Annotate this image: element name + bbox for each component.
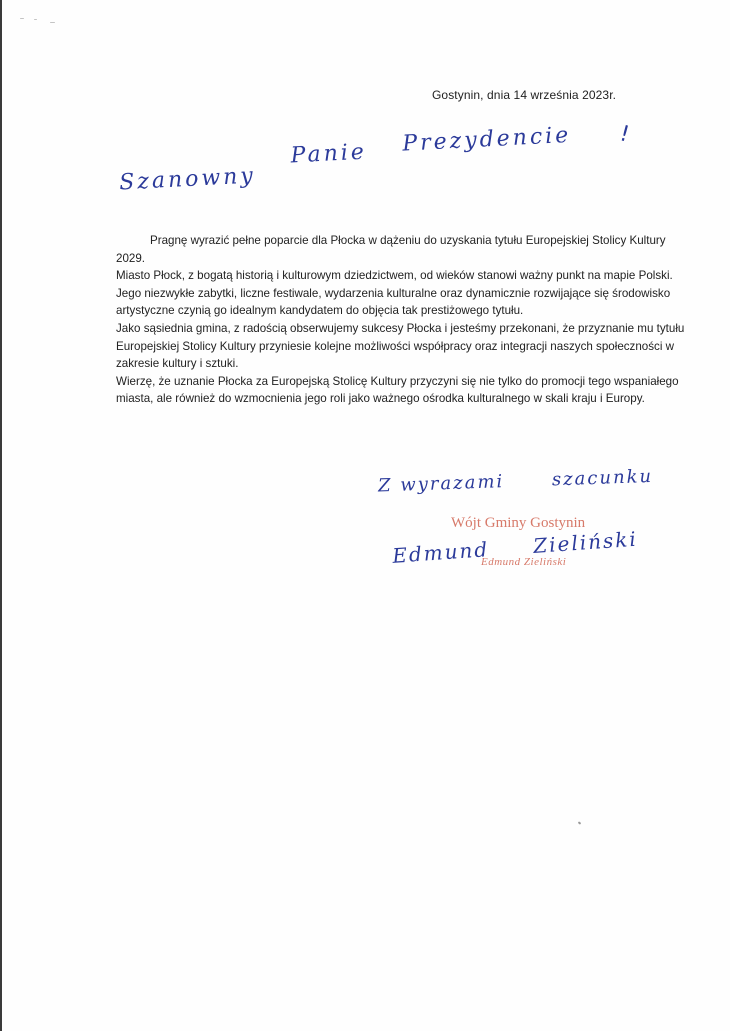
paragraph: Miasto Płock, z bogatą historią i kultur… [116,267,686,320]
signature-word: Edmund [392,537,490,568]
place-and-date: Gostynin, dnia 14 września 2023r. [432,88,616,102]
closing-word: szacunku [552,466,654,491]
salutation-word: Prezydencie [402,123,572,157]
scan-edge [0,0,2,1031]
paragraph: Jako sąsiednia gmina, z radością obserwu… [116,320,686,373]
salutation-word: Panie [290,140,367,169]
salutation-word: Szanowny [119,163,257,195]
closing-word: Z wyrazami [378,471,505,496]
handwritten-salutation: Szanowny Panie Prezydencie [118,127,598,177]
letter-body: Pragnę wyrazić pełne poparcie dla Płocka… [116,232,686,408]
scanned-letter-page: Gostynin, dnia 14 września 2023r. Szanow… [0,0,730,1031]
exclamation-mark: ! [617,121,632,147]
paragraph: Pragnę wyrazić pełne poparcie dla Płocka… [116,232,686,267]
handwritten-closing: Z wyrazami szacunku [378,465,694,497]
paragraph: Wierzę, że uznanie Płocka za Europejską … [116,373,686,408]
scan-speck [50,22,55,23]
scan-speck [34,19,37,20]
scan-speck [20,18,24,19]
stamp-title: Wójt Gminy Gostynin [451,515,585,532]
scan-speck [578,821,582,824]
